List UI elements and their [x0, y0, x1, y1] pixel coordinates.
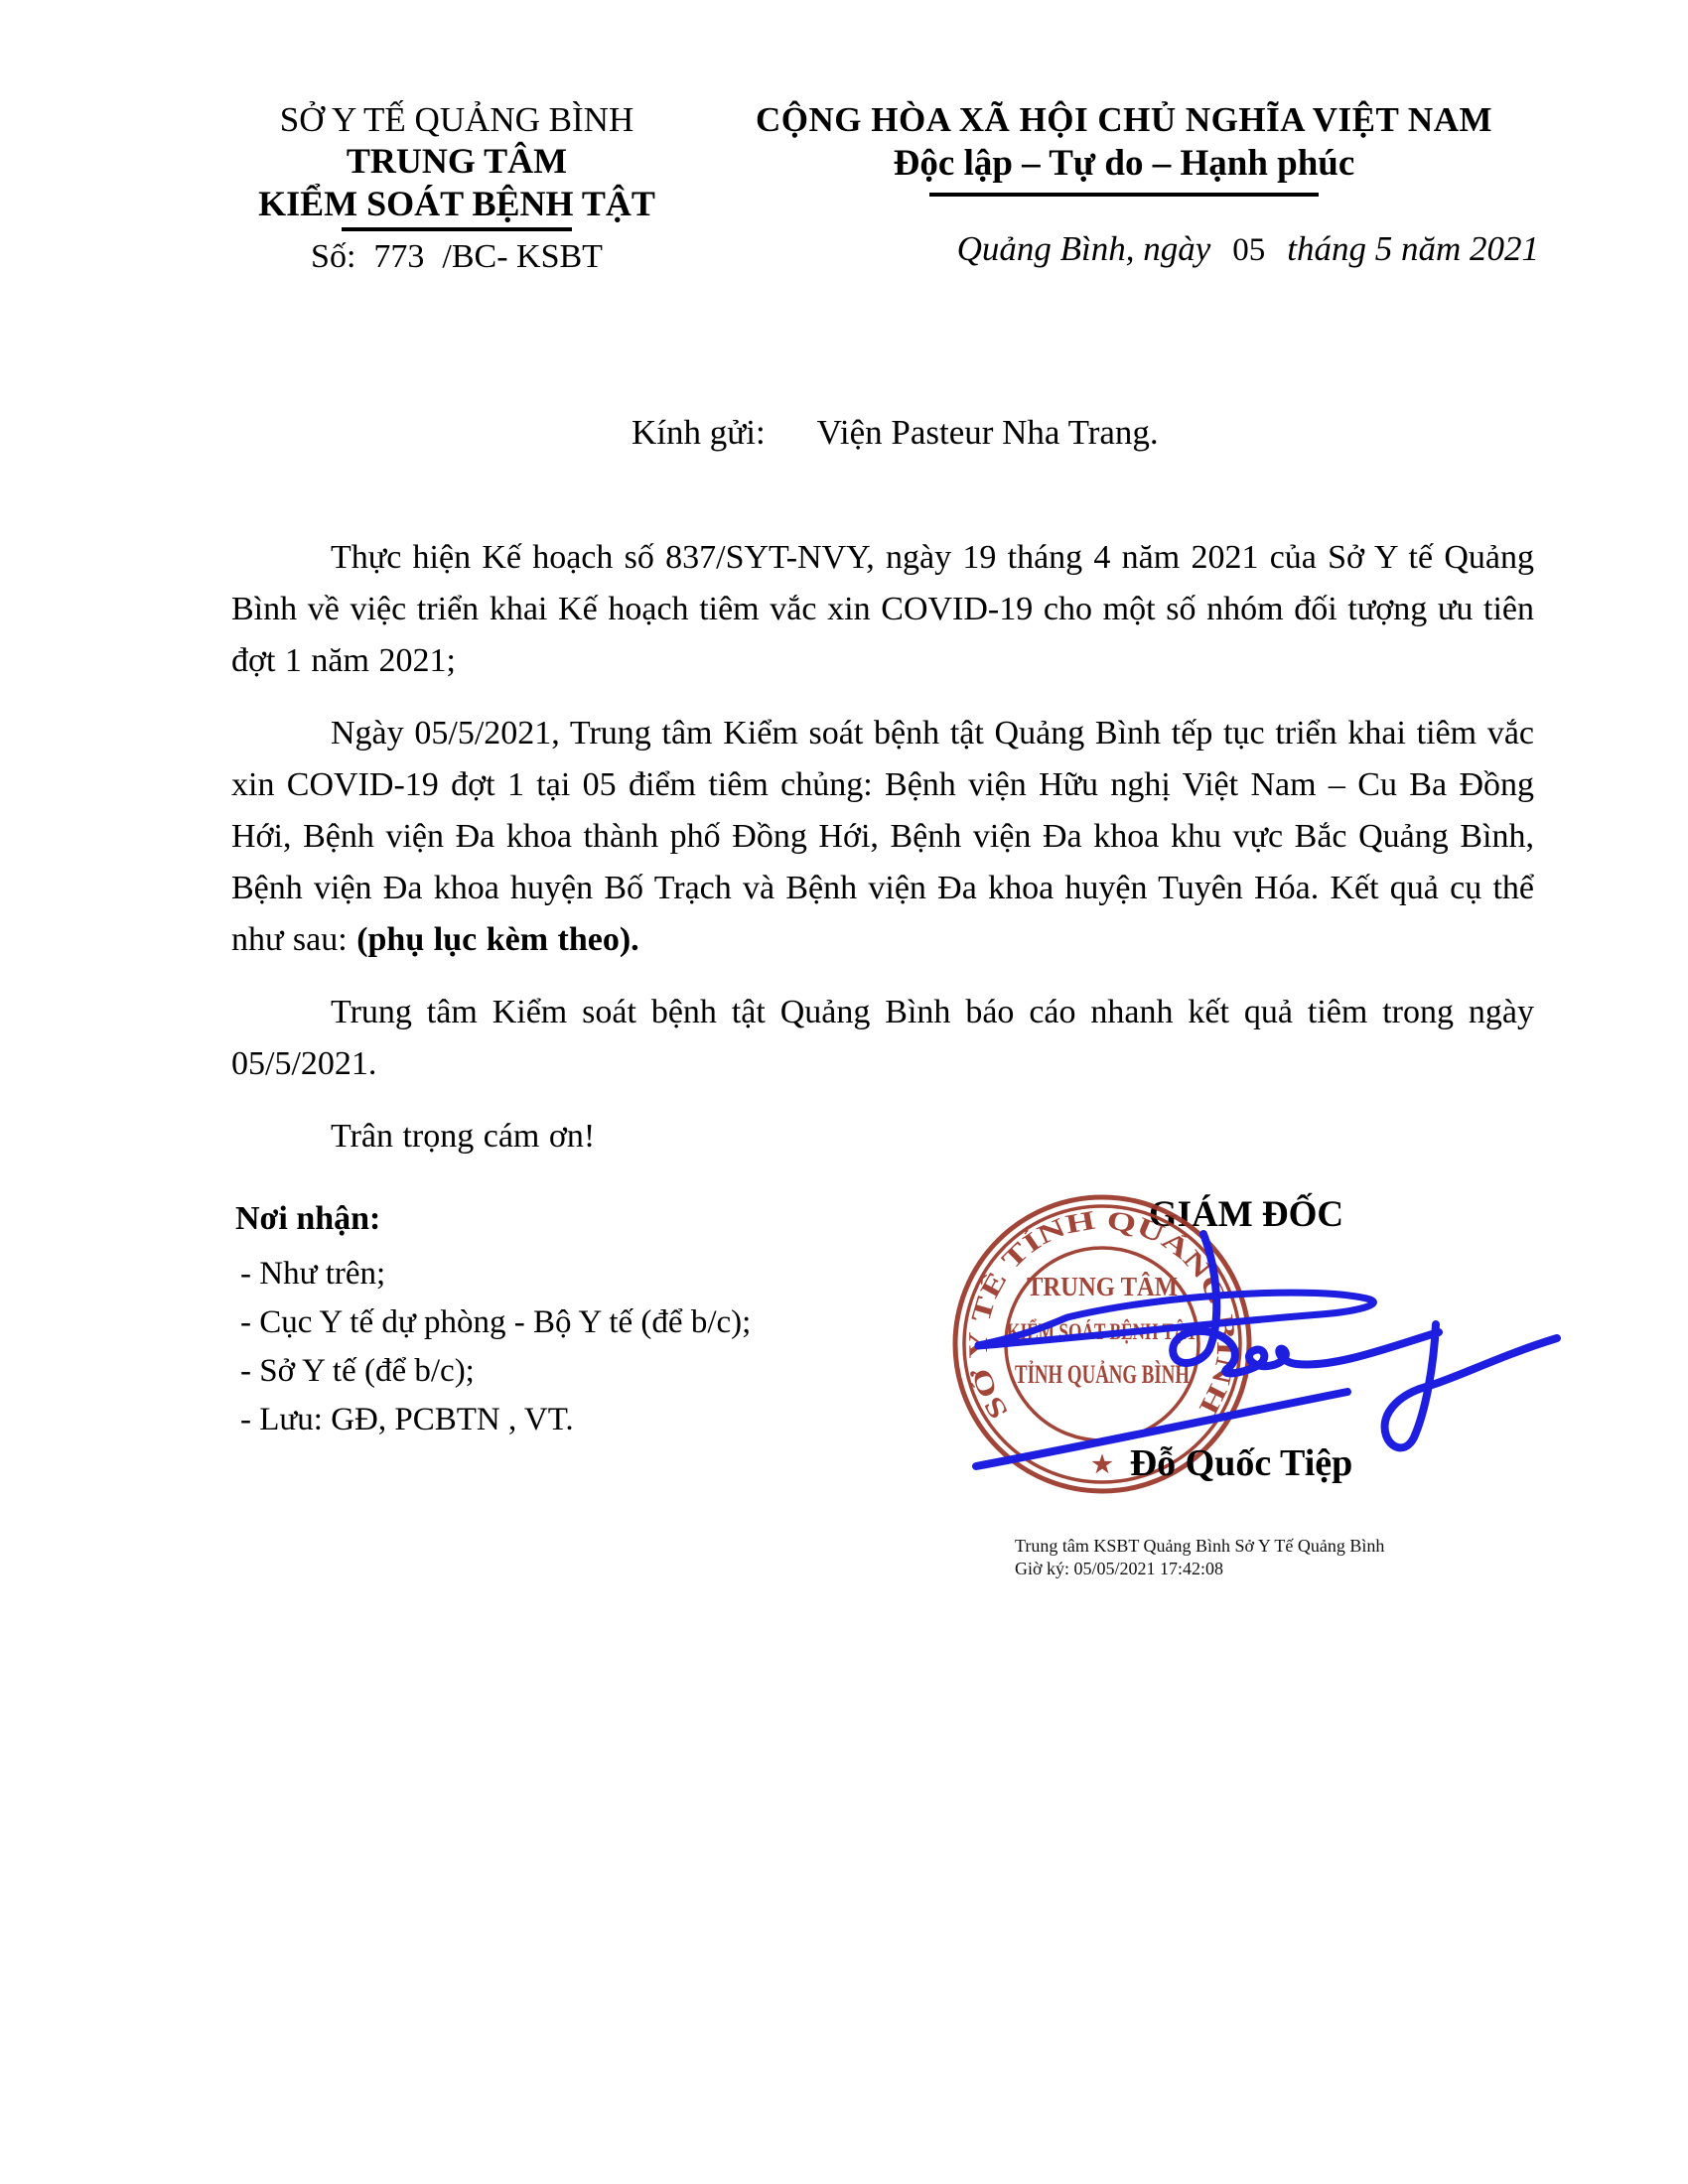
paragraph-1: Thực hiện Kế hoạch số 837/SYT-NVY, ngày … [231, 532, 1534, 687]
document-number-value: 773 [355, 238, 442, 275]
date-suffix: tháng 5 năm 2021 [1287, 229, 1539, 268]
paragraph-2-annex-note: (phụ lục kèm theo). [356, 921, 638, 958]
paragraph-2: Ngày 05/5/2021, Trung tâm Kiểm soát bệnh… [231, 708, 1534, 966]
motto-rule [929, 193, 1319, 197]
closing-line: Trân trọng cám ơn! [231, 1111, 1534, 1162]
recipient-item: - Sở Y tế (để b/c); [235, 1347, 930, 1396]
recipient-item: - Lưu: GĐ, PCBTN , VT. [235, 1396, 930, 1444]
salutation-line: Kính gửi:Viện Pasteur Nha Trang. [632, 413, 1159, 453]
recipients-label: Nơi nhận: [235, 1200, 930, 1238]
document-page: { "colors": { "ink": "#000000", "stamp_r… [0, 0, 1688, 2184]
paragraph-3: Trung tâm Kiểm soát bệnh tật Quảng Bình … [231, 987, 1534, 1090]
digital-signature-time: Giờ ký: 05/05/2021 17:42:08 [1015, 1558, 1384, 1580]
place-date-line: Quảng Bình, ngày05tháng 5 năm 2021 [707, 228, 1541, 270]
salutation-recipient: Viện Pasteur Nha Trang. [817, 413, 1159, 452]
document-number-label: Số: [311, 238, 355, 275]
org-name-line1: TRUNG TÂM [243, 140, 670, 182]
digital-signature-org: Trung tâm KSBT Quảng Bình Sở Y Tế Quảng … [1015, 1535, 1384, 1558]
document-number-suffix: /BC- KSBT [442, 238, 603, 275]
org-name-rule [342, 227, 572, 231]
national-motto-block: CỘNG HÒA XÃ HỘI CHỦ NGHĨA VIỆT NAM Độc l… [707, 99, 1541, 270]
national-motto: Độc lập – Tự do – Hạnh phúc [707, 142, 1541, 186]
org-name-line2: KIỂM SOÁT BỆNH TẬT [243, 183, 670, 224]
signer-name: Đỗ Quốc Tiệp [1043, 1441, 1440, 1485]
recipient-item: - Cục Y tế dự phòng - Bộ Y tế (để b/c); [235, 1298, 930, 1347]
superior-org-name: SỞ Y TẾ QUẢNG BÌNH [243, 99, 670, 140]
issuing-org-block: SỞ Y TẾ QUẢNG BÌNH TRUNG TÂM KIỂM SOÁT B… [243, 99, 670, 277]
signature-stroke [1173, 1234, 1439, 1373]
document-number-line: Số:773/BC- KSBT [243, 237, 670, 277]
recipient-item: - Như trên; [235, 1250, 930, 1298]
date-prefix: Quảng Bình, ngày [957, 229, 1211, 268]
national-title: CỘNG HÒA XÃ HỘI CHỦ NGHĨA VIỆT NAM [707, 99, 1541, 140]
salutation-label: Kính gửi: [632, 413, 766, 452]
digital-signature-meta: Trung tâm KSBT Quảng Bình Sở Y Tế Quảng … [1015, 1535, 1384, 1580]
date-day-value: 05 [1210, 232, 1287, 268]
recipients-block: Nơi nhận: - Như trên; - Cục Y tế dự phòn… [235, 1200, 930, 1444]
letter-body: Thực hiện Kế hoạch số 837/SYT-NVY, ngày … [231, 532, 1534, 1183]
